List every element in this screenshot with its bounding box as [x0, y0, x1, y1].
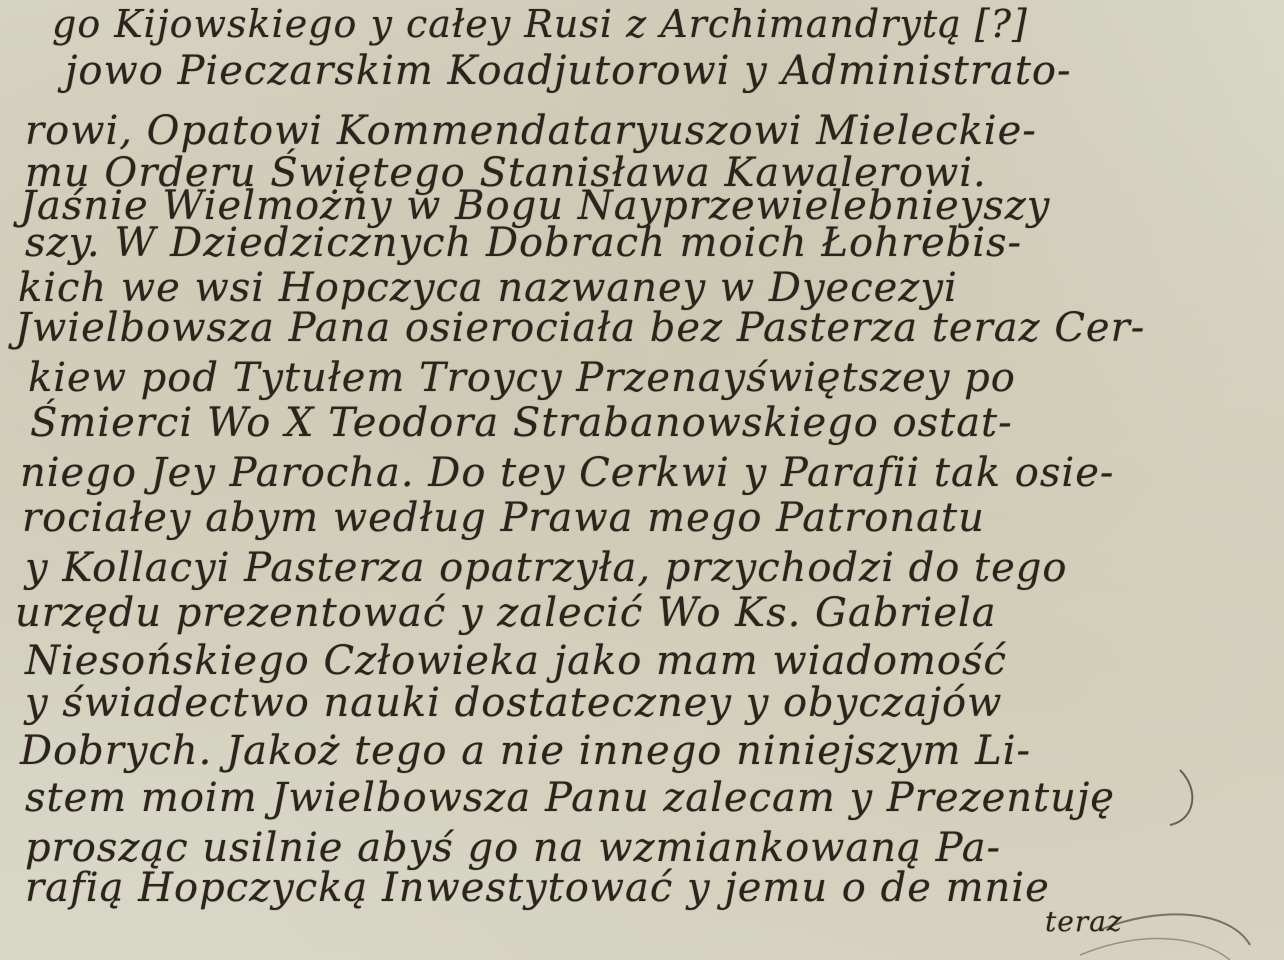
- manuscript-line: Śmierci Wo X Teodora Strabanowskiego ost…: [30, 400, 1013, 446]
- manuscript-page: go Kijowskiego y całey Rusi z Archimandr…: [0, 0, 1284, 960]
- manuscript-line: y świadectwo nauki dostateczney y obycza…: [25, 680, 1002, 726]
- manuscript-line: szy. W Dziedzicznych Dobrach moich Łohre…: [25, 220, 1022, 266]
- manuscript-line: rociałey abym według Prawa mego Patronat…: [22, 495, 985, 541]
- manuscript-line: teraz: [1045, 905, 1123, 938]
- manuscript-line: kiew pod Tytułem Troycy Przenayświętszey…: [28, 355, 1016, 401]
- manuscript-line: Dobrych. Jakoż tego a nie innego niniejs…: [20, 728, 1031, 774]
- manuscript-line: niego Jey Parocha. Do tey Cerkwi y Paraf…: [20, 450, 1114, 496]
- manuscript-line: stem moim Jwielbowsza Panu zalecam y Pre…: [25, 775, 1115, 821]
- manuscript-line: y Kollacyi Pasterza opatrzyła, przychodz…: [25, 545, 1067, 591]
- manuscript-line: Jwielbowsza Pana osierociała bez Pasterz…: [15, 305, 1145, 351]
- manuscript-line: rowi, Opatowi Kommendataryuszowi Mieleck…: [25, 108, 1037, 154]
- manuscript-line: go Kijowskiego y całey Rusi z Archimandr…: [52, 2, 1028, 46]
- manuscript-line: urzędu prezentować y zalecić Wo Ks. Gabr…: [15, 590, 997, 636]
- manuscript-line: jowo Pieczarskim Koadjutorowi y Administ…: [65, 48, 1071, 94]
- manuscript-line: rafią Hopczycką Inwestytować y jemu o de…: [25, 865, 1050, 911]
- manuscript-line: Niesońskiego Człowieka jako mam wiadomoś…: [25, 638, 1007, 684]
